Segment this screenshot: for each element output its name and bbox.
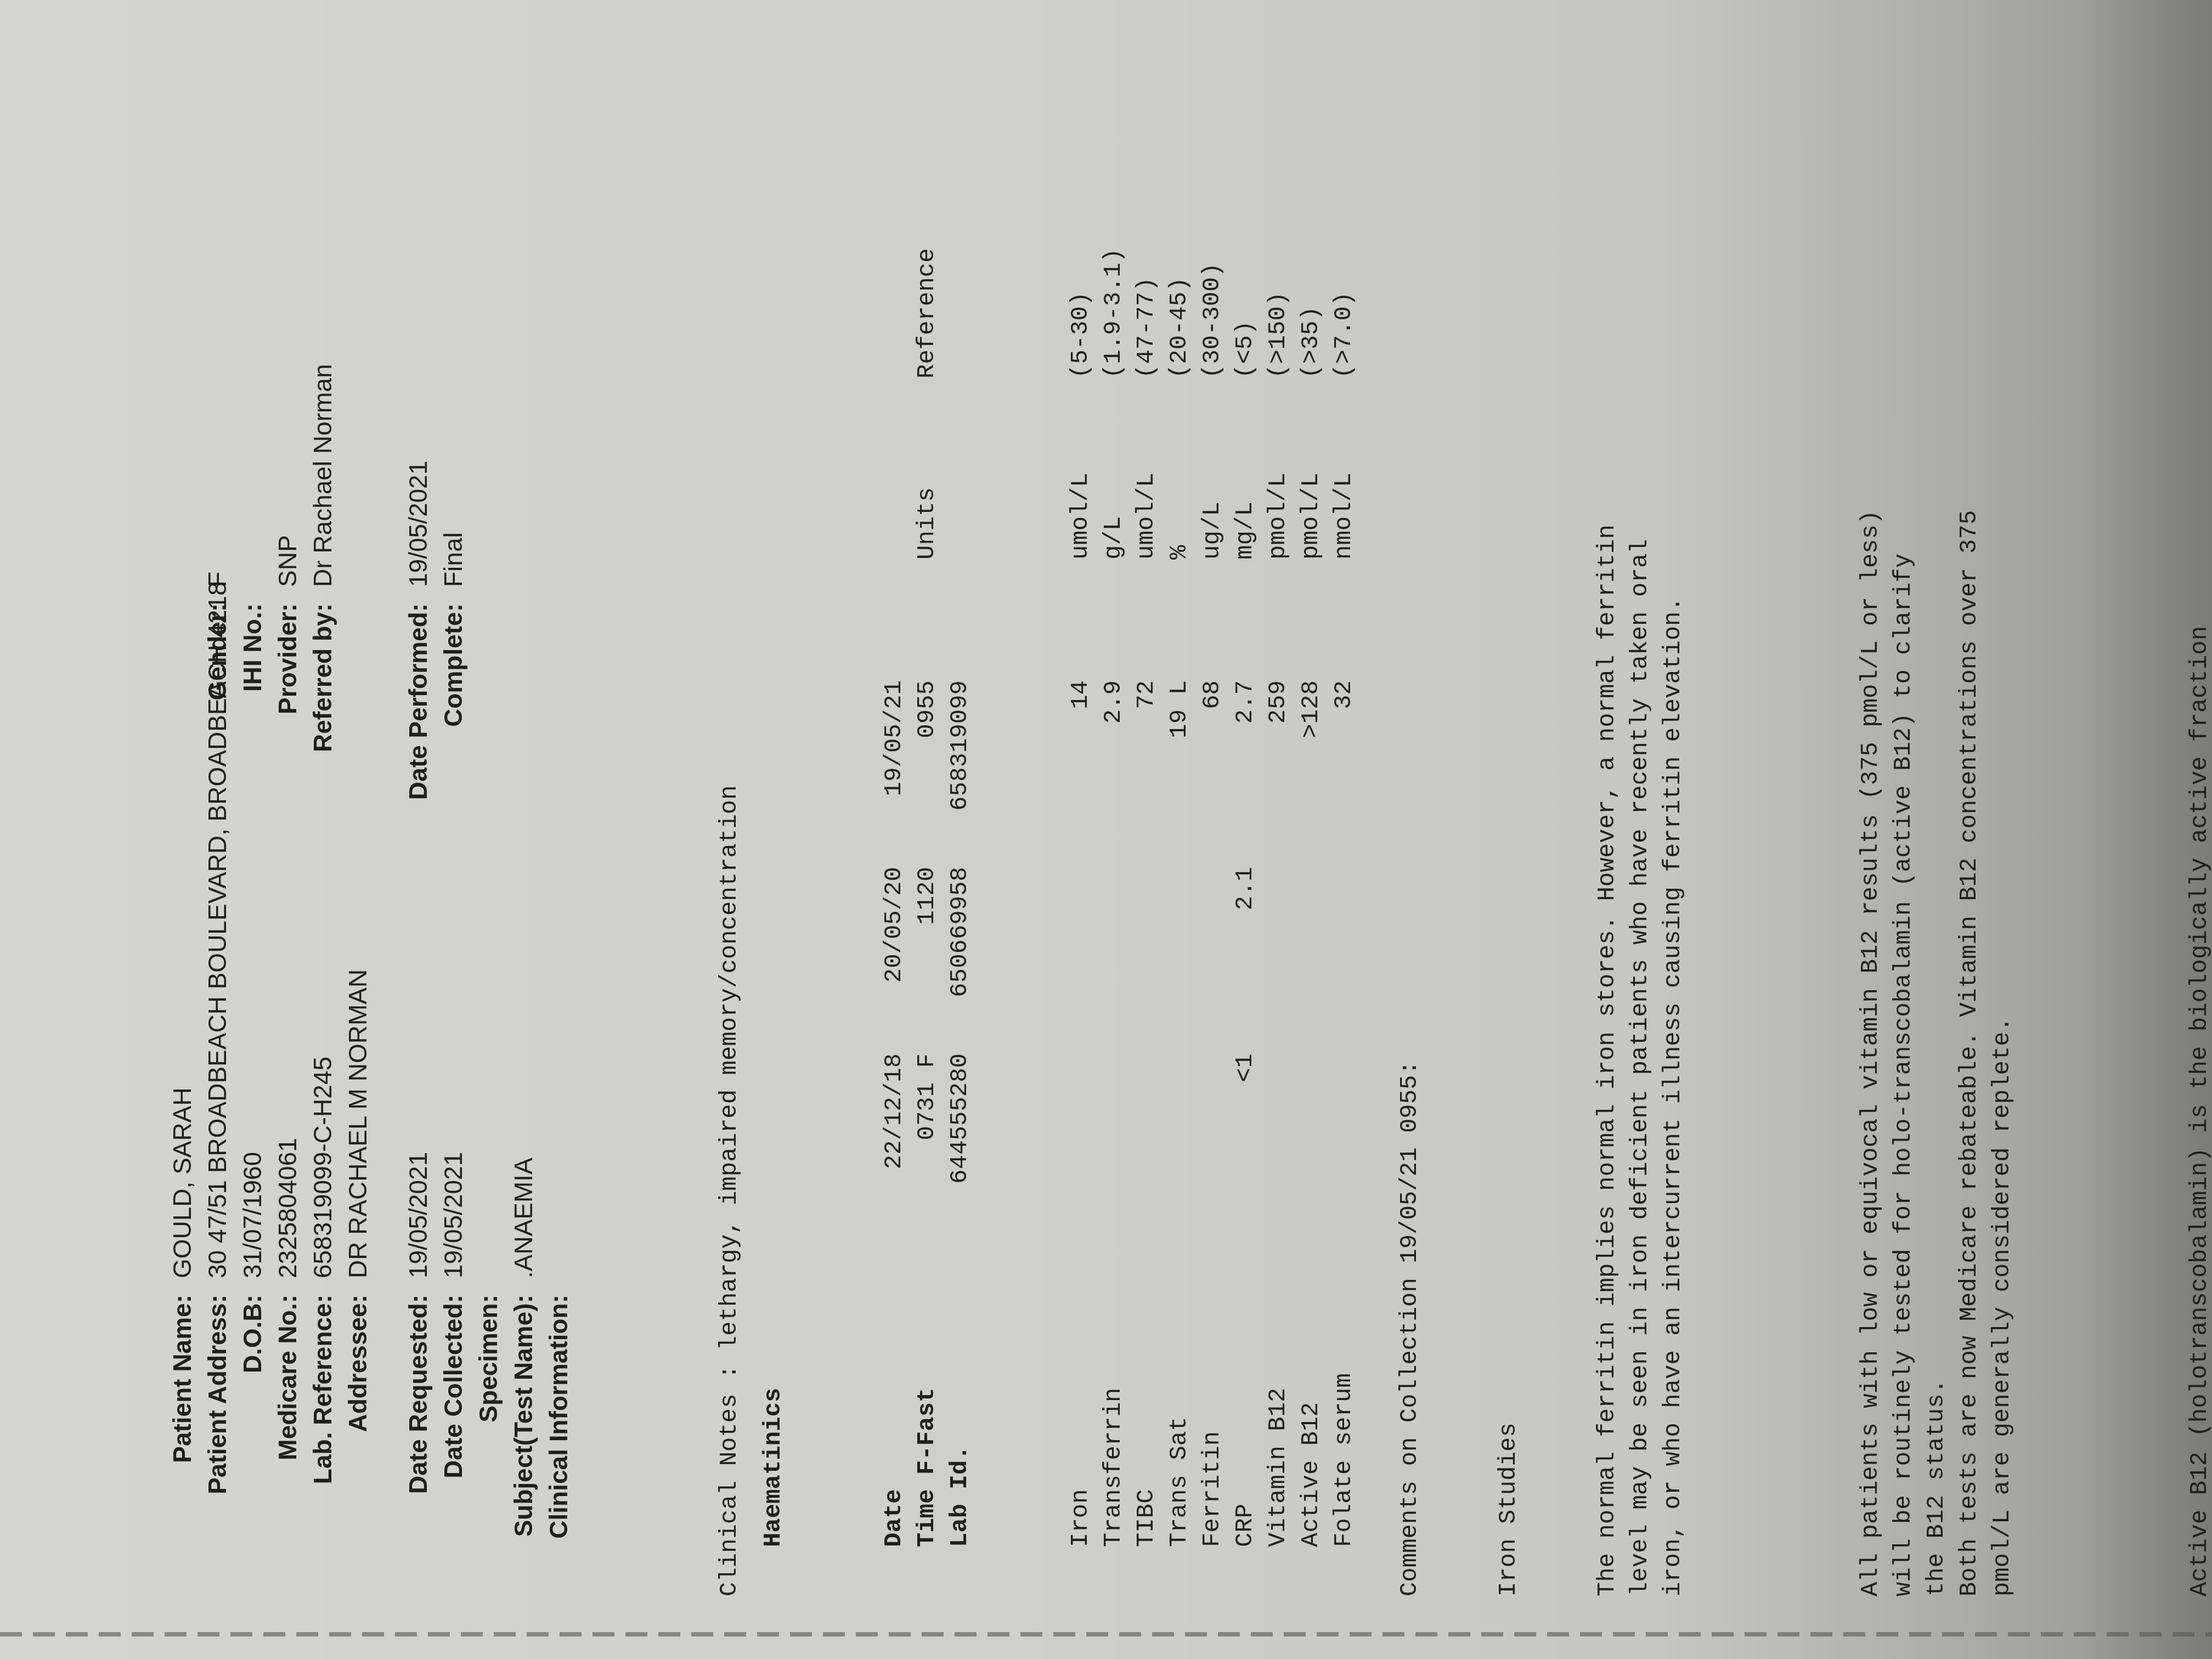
table-header-row: Date22/12/1820/05/2019/05/21	[878, 159, 911, 1547]
comment-line: iron, or who have an intercurrent illnes…	[1657, 438, 1690, 1596]
cell-v2	[1064, 867, 1097, 1053]
cell-ref: (1.9-3.1)	[1097, 159, 1130, 379]
cell-v3: >128	[1295, 680, 1328, 867]
cell-test: Trans Sat	[1163, 1240, 1196, 1547]
addressee: DR RACHAEL M NORMAN	[340, 969, 375, 1278]
comment-line: level may be seen in iron deficient pati…	[1624, 438, 1657, 1596]
field-label: Date Requested:	[400, 1278, 436, 1635]
cell-v3: 19 L	[1163, 680, 1196, 867]
comment-line: will be routinely tested for holo-transc…	[1887, 438, 1920, 1596]
patient-dob: 31/07/1960	[235, 1152, 270, 1278]
comment-paragraph: All patients with low or equivocal vitam…	[1854, 438, 2019, 1596]
cell-test: Active B12	[1295, 1240, 1328, 1547]
comment-paragraph: The normal ferritin implies normal iron …	[1591, 438, 1690, 1596]
date-collected: 19/05/2021	[436, 1152, 471, 1278]
table-row: Vitamin B12259pmol/L(>150)	[1262, 159, 1295, 1547]
date-requested: 19/05/2021	[400, 1152, 436, 1278]
comments: Comments on Collection 19/05/21 0955: Ir…	[1328, 438, 2212, 1596]
cell-units: pmol/L	[1262, 379, 1295, 614]
field-label: IHI No.:	[235, 587, 270, 889]
cell-units: mg/L	[1229, 379, 1262, 614]
comments-subheading: Iron Studies	[1492, 438, 1525, 1596]
cell-v2	[1262, 867, 1295, 1053]
referred-by: Dr Rachael Norman	[305, 364, 340, 587]
cell-ref: (<5)	[1229, 159, 1262, 379]
cell-ref: (47-77)	[1130, 159, 1163, 379]
table-row: Trans Sat19 L%(20-45)	[1163, 159, 1196, 1547]
cell-test: CRP	[1229, 1240, 1262, 1547]
field-label: Medicare No.:	[270, 1278, 305, 1635]
cell-ref: (20-45)	[1163, 159, 1196, 379]
cell-ref: (>7.0)	[1328, 159, 1361, 379]
field-label: Clinical Information:	[541, 1278, 576, 1635]
cell-v1	[1196, 1053, 1229, 1240]
table-header-row: Time F-Fast0731 F11200955UnitsReference	[911, 159, 944, 1547]
cell-units: umol/L	[1064, 379, 1097, 614]
medicare-number: 2325804061	[270, 1138, 305, 1278]
cell-ref: (>35)	[1295, 159, 1328, 379]
reference-header: Reference	[911, 159, 944, 379]
request-details: Date Requested:19/05/2021 Date Collected…	[400, 1152, 576, 1635]
table-row: CRP<12.12.7mg/L(<5)	[1229, 159, 1262, 1547]
cell-v3: 2.7	[1229, 680, 1262, 867]
table-row: Active B12>128pmol/L(>35)	[1295, 159, 1328, 1547]
field-label: Patient Name:	[165, 1278, 200, 1635]
cell-units: ug/L	[1196, 379, 1229, 614]
cell-v2	[1097, 867, 1130, 1053]
comment-line: Active B12 (holotranscobalamin) is the b…	[2183, 438, 2212, 1596]
comment-line: pmol/L are generally considered replete.	[1986, 438, 2019, 1596]
field-label: Addressee:	[340, 1278, 375, 1635]
cell-v1	[1163, 1053, 1196, 1240]
cell-units: g/L	[1097, 379, 1130, 614]
test-name: .ANAEMIA	[506, 1158, 541, 1278]
section-title: Haematinics	[757, 1388, 790, 1547]
report-status: Final	[436, 532, 471, 587]
field-label: Subject(Test Name):	[506, 1278, 541, 1635]
cell-v3: 14	[1064, 680, 1097, 867]
cell-v2	[1295, 867, 1328, 1053]
field-label: Patient Address:	[200, 1278, 235, 1635]
field-label: Gender:	[200, 587, 235, 889]
cell-v1	[1295, 1053, 1328, 1240]
field-label: D.O.B:	[235, 1278, 270, 1635]
table-row: Transferrin2.9g/L(1.9-3.1)	[1097, 159, 1130, 1547]
field-label: Date Performed:	[400, 587, 436, 889]
comment-paragraph: Active B12 (holotranscobalamin) is the b…	[2183, 438, 2212, 1596]
cell-test: Ferritin	[1196, 1240, 1229, 1547]
patient-name: GOULD, SARAH	[165, 1087, 200, 1278]
table-header-row: Lab Id.644555280650669958658319099	[944, 159, 977, 1547]
cell-units: umol/L	[1130, 379, 1163, 614]
cell-test: Iron	[1064, 1240, 1097, 1547]
table-row: Ferritin68ug/L(30-300)	[1196, 159, 1229, 1547]
cell-test: Vitamin B12	[1262, 1240, 1295, 1547]
patient-details-right: Gender:F IHI No.: Provider:SNP Referred …	[200, 364, 340, 889]
field-label: Referred by:	[305, 587, 340, 889]
result-rows: Iron14umol/L(5-30)Transferrin2.9g/L(1.9-…	[1064, 159, 1361, 1547]
field-label: Lab. Reference:	[305, 1278, 340, 1635]
cell-units: %	[1163, 379, 1196, 614]
cell-v3: 68	[1196, 680, 1229, 867]
lab-reference: 658319099-C-H245	[305, 1057, 340, 1278]
cell-test: TIBC	[1130, 1240, 1163, 1547]
cell-v1: <1	[1229, 1053, 1262, 1240]
cell-v2	[1130, 867, 1163, 1053]
cell-ref: (5-30)	[1064, 159, 1097, 379]
field-label: Specimen:	[471, 1278, 506, 1635]
performed-details: Date Performed:19/05/2021 Complete:Final	[400, 461, 471, 889]
provider: SNP	[270, 535, 305, 587]
cell-v2: 2.1	[1229, 867, 1262, 1053]
date-performed: 19/05/2021	[400, 461, 436, 587]
comment-line: the B12 status.	[1920, 438, 1953, 1596]
cell-v1	[1097, 1053, 1130, 1240]
cell-v1	[1262, 1053, 1295, 1240]
cell-v3: 259	[1262, 680, 1295, 867]
cell-v2	[1196, 867, 1229, 1053]
comment-line: All patients with low or equivocal vitam…	[1854, 438, 1887, 1596]
cell-v1	[1130, 1053, 1163, 1240]
field-label: Provider:	[270, 587, 305, 889]
cell-v3: 72	[1130, 680, 1163, 867]
table-row: TIBC72umol/L(47-77)	[1130, 159, 1163, 1547]
cell-ref: (30-300)	[1196, 159, 1229, 379]
cell-v2	[1163, 867, 1196, 1053]
comment-line: The normal ferritin implies normal iron …	[1591, 438, 1624, 1596]
field-label: Date Collected:	[436, 1278, 471, 1635]
cell-test: Transferrin	[1097, 1240, 1130, 1547]
cell-v1	[1064, 1053, 1097, 1240]
gender: F	[200, 572, 235, 587]
cell-units: pmol/L	[1295, 379, 1328, 614]
cell-v3: 2.9	[1097, 680, 1130, 867]
pathology-report: Patient Name:GOULD, SARAH Patient Addres…	[165, 55, 2085, 1635]
table-row: Iron14umol/L(5-30)	[1064, 159, 1097, 1547]
clinical-notes: Clinical Notes : lethargy, impaired memo…	[713, 785, 746, 1596]
comment-line: Both tests are now Medicare rebateable. …	[1953, 438, 1986, 1596]
field-label: Complete:	[436, 587, 471, 889]
comments-heading: Comments on Collection 19/05/21 0955:	[1393, 438, 1426, 1596]
units-header: Units	[911, 379, 944, 614]
cell-ref: (>150)	[1262, 159, 1295, 379]
